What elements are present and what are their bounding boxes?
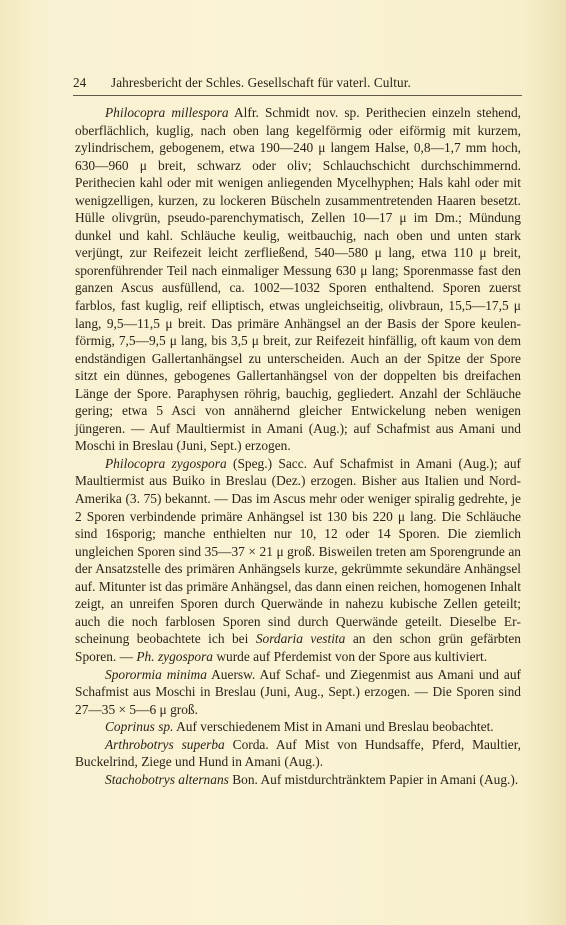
paragraph-arthrobotrys-superba: Arthrobotrys superba Corda. Auf Mist von…	[75, 736, 521, 771]
paragraph-philocopra-millespora: Philocopra millespora Alfr. Schmidt nov.…	[75, 104, 521, 455]
paragraph-philocopra-zygospora: Philocopra zygospora (Speg.) Sacc. Auf S…	[75, 455, 521, 666]
paragraph-stachobotrys-alternans: Stachobotrys alternans Bon. Auf mistdurc…	[75, 771, 521, 789]
paragraph-text: wurde auf Pferdemist von der Spore aus k…	[213, 649, 487, 664]
paragraph-text: Bon. Auf mistdurchtränktem Papier in Ama…	[229, 772, 518, 787]
taxon-name: Stachobotrys alternans	[105, 772, 229, 787]
paragraph-text: Auf verschiedenem Mist in Amani und Bres…	[173, 719, 493, 734]
running-header: 24 Jahresbericht der Schles. Gesellschaf…	[73, 74, 523, 92]
paragraph-sporormia-minima: Sporormia minima Auersw. Auf Schaf- und …	[75, 666, 521, 719]
taxon-name: Philocopra zygospora	[105, 456, 227, 471]
page-number: 24	[73, 74, 86, 92]
taxon-name: Philocopra millespora	[105, 105, 229, 120]
taxon-reference: Sordaria vestita	[256, 631, 346, 646]
running-title: Jahresbericht der Schles. Gesellschaft f…	[111, 74, 411, 92]
taxon-name: Sporormia minima	[105, 667, 207, 682]
paragraph-text: (Speg.) Sacc. Auf Schafmist in Amani (Au…	[75, 456, 521, 646]
paragraph-text: Alfr. Schmidt nov. sp. Perithecien einze…	[75, 105, 521, 453]
document-page: 24 Jahresbericht der Schles. Gesellschaf…	[0, 0, 566, 925]
taxon-reference: Ph. zygospora	[136, 649, 213, 664]
header-rule	[73, 95, 522, 96]
taxon-name: Arthrobotrys superba	[105, 737, 225, 752]
paragraph-coprinus: Coprinus sp. Auf verschiedenem Mist in A…	[75, 718, 521, 736]
taxon-name: Coprinus sp.	[105, 719, 173, 734]
body-text: Philocopra millespora Alfr. Schmidt nov.…	[75, 104, 521, 788]
